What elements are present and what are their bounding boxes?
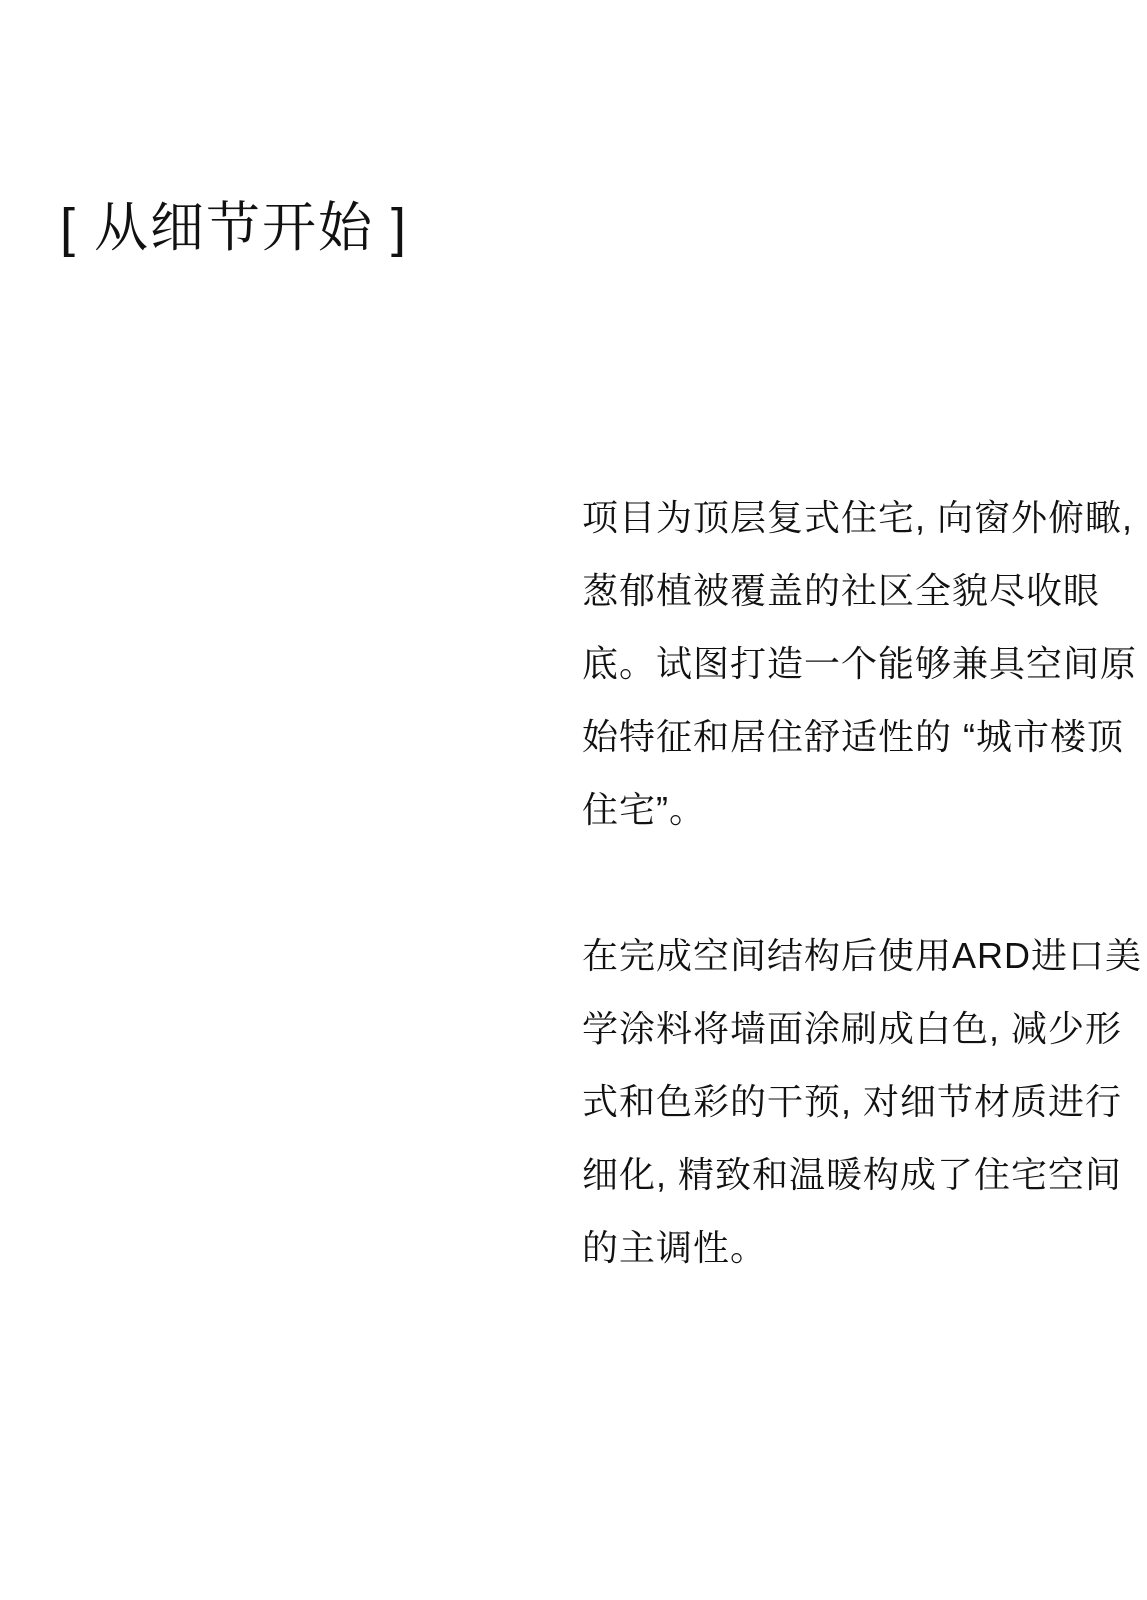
- article-page: [ 从细节开始 ] 项目为顶层复式住宅, 向窗外俯瞰, 葱郁植被覆盖的社区全貌尽…: [0, 0, 1147, 1600]
- text-line: 项目为顶层复式住宅, 向窗外俯瞰,: [582, 481, 1112, 554]
- text-line: 葱郁植被覆盖的社区全貌尽收眼: [582, 554, 1112, 627]
- text-line: 细化, 精致和温暖构成了住宅空间: [582, 1138, 1112, 1211]
- section-title: [ 从细节开始 ]: [60, 193, 408, 263]
- paragraph-materials: 在完成空间结构后使用ARD进口美 学涂料将墙面涂刷成白色, 减少形 式和色彩的干…: [582, 919, 1112, 1284]
- text-line: 式和色彩的干预, 对细节材质进行: [582, 1065, 1112, 1138]
- text-line: 始特征和居住舒适性的 “城市楼顶: [582, 700, 1112, 773]
- text-line: 学涂料将墙面涂刷成白色, 减少形: [582, 992, 1112, 1065]
- text-line: 在完成空间结构后使用ARD进口美: [582, 919, 1112, 992]
- body-text-block: 项目为顶层复式住宅, 向窗外俯瞰, 葱郁植被覆盖的社区全貌尽收眼 底。试图打造一…: [582, 481, 1112, 1284]
- paragraph-intro: 项目为顶层复式住宅, 向窗外俯瞰, 葱郁植被覆盖的社区全貌尽收眼 底。试图打造一…: [582, 481, 1112, 846]
- text-line: 底。试图打造一个能够兼具空间原: [582, 627, 1112, 700]
- text-line: 的主调性。: [582, 1211, 1112, 1284]
- text-line: 住宅”。: [582, 773, 1112, 846]
